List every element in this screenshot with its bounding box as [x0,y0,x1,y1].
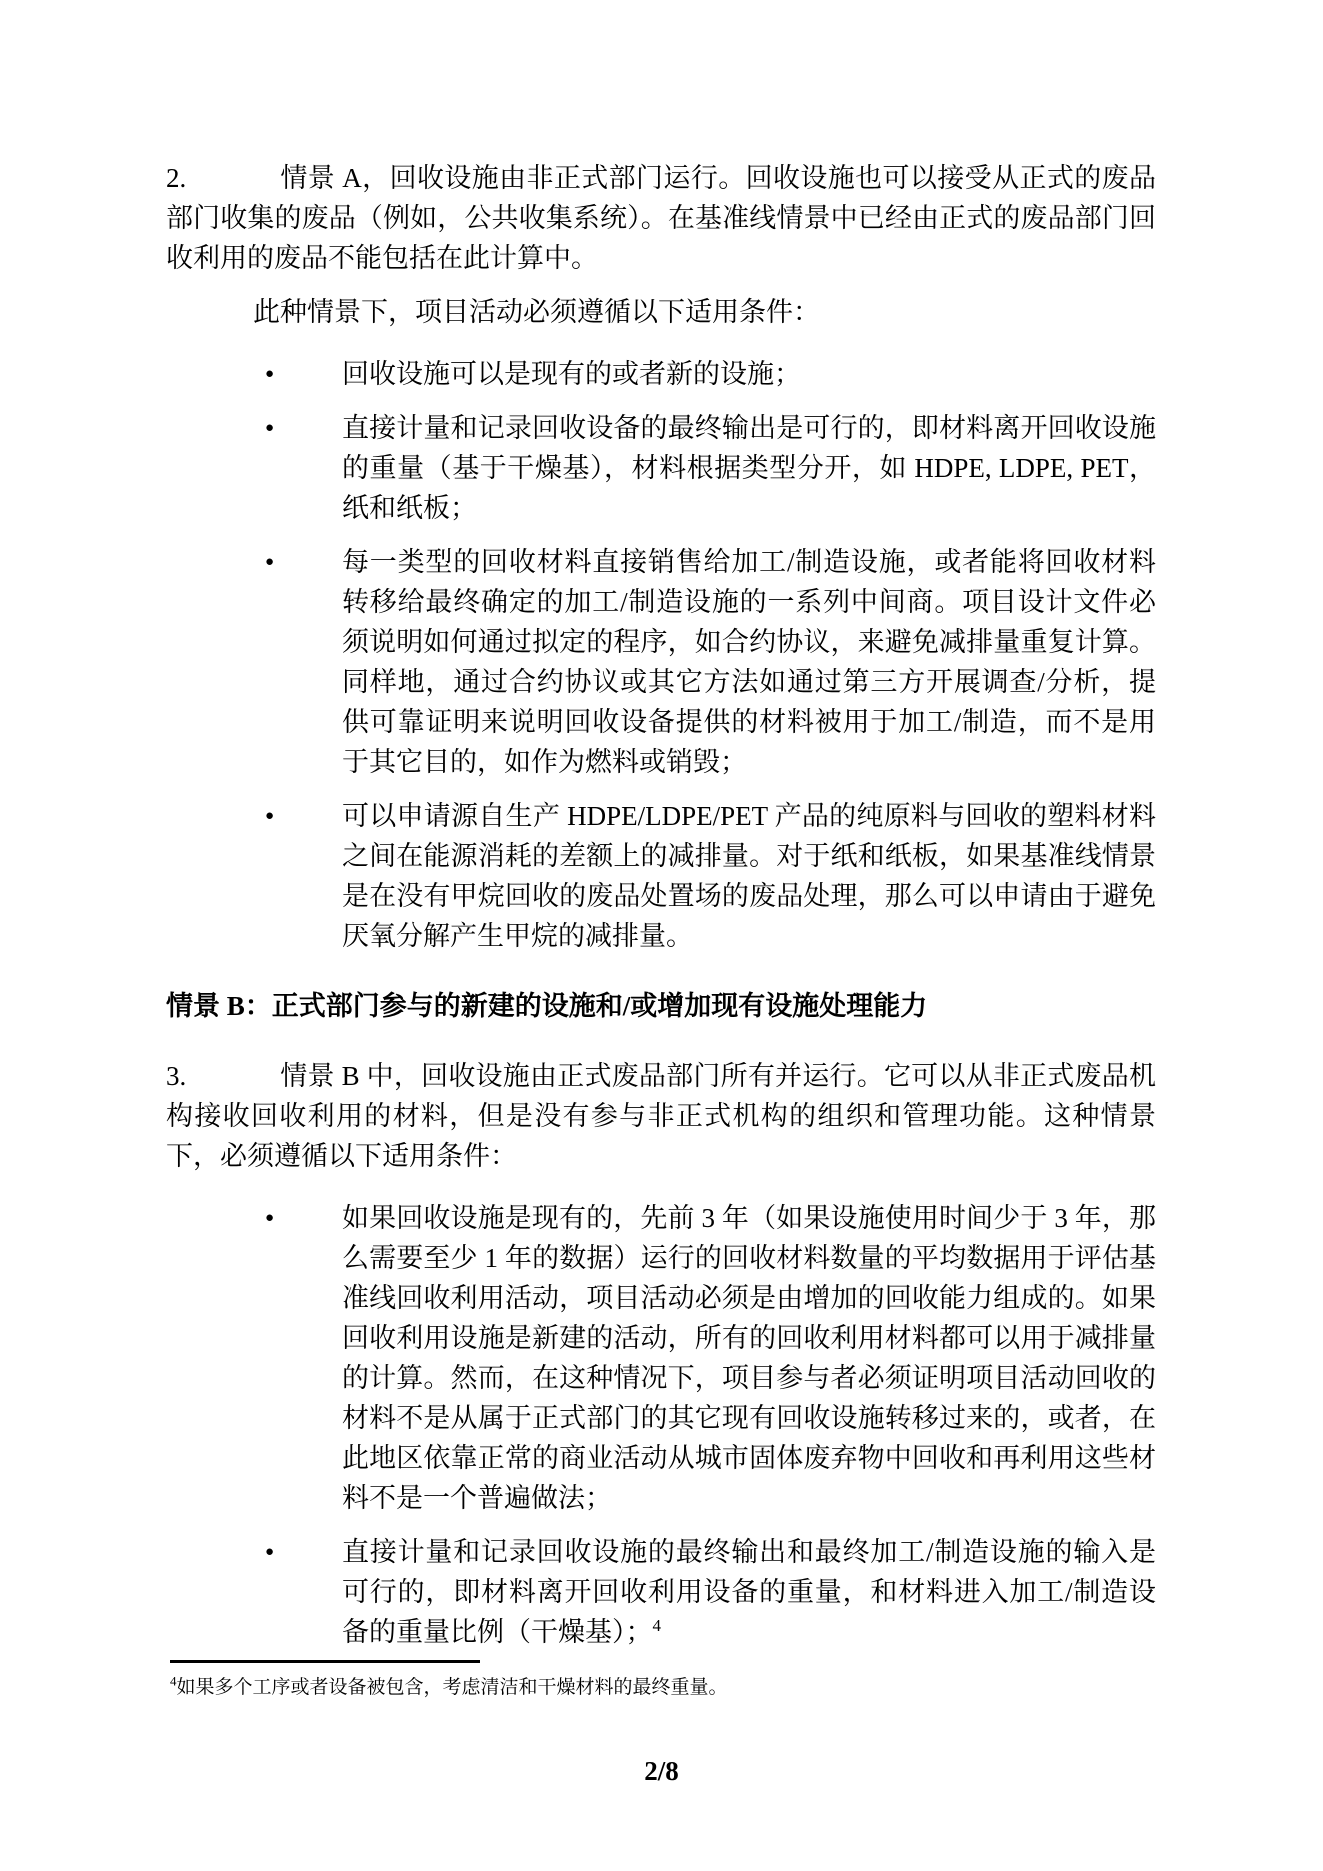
bullet-icon: ● [265,408,274,448]
scenario-a-conditions-intro: 此种情景下，项目活动必须遵循以下适用条件： [166,292,1156,332]
footnote-text: 如果多个工序或者设备被包含，考虑清洁和干燥材料的最终重量。 [177,1677,728,1698]
bullet-icon: ● [265,1198,274,1238]
paragraph-3-text: 情景 B 中，回收设施由正式废品部门所有并运行。它可以从非正式废品机构接收回收利… [166,1061,1156,1171]
footnote-reference: 4 [653,1616,662,1635]
bullet-icon: ● [265,354,274,394]
bullet-text: 如果回收设施是现有的，先前 3 年（如果设施使用时间少于 3 年，那么需要至少 … [342,1203,1156,1513]
paragraph-3: 3.情景 B 中，回收设施由正式废品部门所有并运行。它可以从非正式废品机构接收回… [166,1056,1156,1176]
list-item: ● 如果回收设施是现有的，先前 3 年（如果设施使用时间少于 3 年，那么需要至… [166,1198,1156,1518]
paragraph-2: 2.情景 A，回收设施由非正式部门运行。回收设施也可以接受从正式的废品部门收集的… [166,158,1156,278]
bullet-text: 可以申请源自生产 HDPE/LDPE/PET 产品的纯原料与回收的塑料材料之间在… [342,801,1156,951]
scenario-a-bullet-list: ● 回收设施可以是现有的或者新的设施； ● 直接计量和记录回收设备的最终输出是可… [166,354,1156,956]
list-item: ● 直接计量和记录回收设施的最终输出和最终加工/制造设施的输入是可行的，即材料离… [166,1532,1156,1652]
bullet-text: 每一类型的回收材料直接销售给加工/制造设施，或者能将回收材料转移给最终确定的加工… [342,547,1156,777]
bullet-icon: ● [265,796,274,836]
scenario-b-bullet-list: ● 如果回收设施是现有的，先前 3 年（如果设施使用时间少于 3 年，那么需要至… [166,1198,1156,1652]
bullet-text: 回收设施可以是现有的或者新的设施； [342,359,801,389]
footnote: 4如果多个工序或者设备被包含，考虑清洁和干燥材料的最终重量。 [170,1675,1070,1701]
document-page: 2.情景 A，回收设施由非正式部门运行。回收设施也可以接受从正式的废品部门收集的… [0,0,1323,1871]
paragraph-2-number: 2. [166,158,280,198]
list-item: ● 可以申请源自生产 HDPE/LDPE/PET 产品的纯原料与回收的塑料材料之… [166,796,1156,956]
scenario-b-heading: 情景 B：正式部门参与的新建的设施和/或增加现有设施处理能力 [166,986,1156,1026]
bullet-icon: ● [265,1532,274,1572]
page-number: 2/8 [0,1756,1323,1787]
footnote-separator-rule [170,1660,480,1663]
bullet-text: 直接计量和记录回收设备的最终输出是可行的，即材料离开回收设施的重量（基于干燥基）… [342,413,1156,523]
footnote-area: 4如果多个工序或者设备被包含，考虑清洁和干燥材料的最终重量。 [170,1660,1070,1701]
paragraph-2-text: 情景 A，回收设施由非正式部门运行。回收设施也可以接受从正式的废品部门收集的废品… [166,163,1156,273]
bullet-icon: ● [265,542,274,582]
list-item: ● 回收设施可以是现有的或者新的设施； [166,354,1156,394]
bullet-text: 直接计量和记录回收设施的最终输出和最终加工/制造设施的输入是可行的，即材料离开回… [342,1537,1156,1647]
list-item: ● 直接计量和记录回收设备的最终输出是可行的，即材料离开回收设施的重量（基于干燥… [166,408,1156,528]
list-item: ● 每一类型的回收材料直接销售给加工/制造设施，或者能将回收材料转移给最终确定的… [166,542,1156,782]
paragraph-3-number: 3. [166,1056,280,1096]
page-content: 2.情景 A，回收设施由非正式部门运行。回收设施也可以接受从正式的废品部门收集的… [166,158,1156,1652]
